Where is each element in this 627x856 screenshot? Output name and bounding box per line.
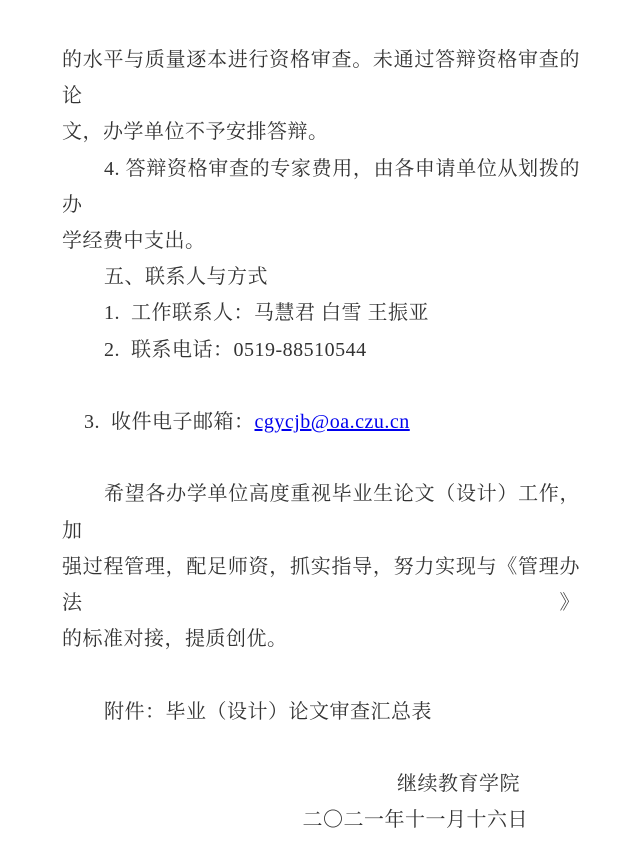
section-heading-contacts: 五、联系人与方式 <box>62 259 580 295</box>
closing-paragraph-line: 的标准对接，提质创优。 <box>62 621 580 657</box>
contact-phone-line: 2. 联系电话：0519-88510544 <box>62 332 580 368</box>
blank-line <box>62 657 580 693</box>
contact-email-line: 3. 收件电子邮箱：cgycjb@oa.czu.cn <box>62 368 580 477</box>
body-line: 文，办学单位不予安排答辩。 <box>62 114 580 150</box>
body-line-item4: 4. 答辩资格审查的专家费用，由各申请单位从划拨的办 <box>62 151 580 223</box>
signature-date: 二〇二一年十一月十六日 <box>62 802 580 838</box>
blank-line <box>62 730 580 766</box>
closing-paragraph-line: 希望各办学单位高度重视毕业生论文（设计）工作，加 <box>62 476 580 548</box>
attachment-line: 附件：毕业（设计）论文审查汇总表 <box>62 694 580 730</box>
email-label: 3. 收件电子邮箱： <box>84 411 255 433</box>
document-page: 的水平与质量逐本进行资格审查。未通过答辩资格审查的论 文，办学单位不予安排答辩。… <box>0 0 627 856</box>
email-link[interactable]: cgycjb@oa.czu.cn <box>255 411 410 433</box>
contact-names-line: 1. 工作联系人：马慧君 白雪 王振亚 <box>62 295 580 331</box>
closing-paragraph-line: 强过程管理，配足师资，抓实指导，努力实现与《管理办法》 <box>62 549 580 621</box>
body-line-continuation: 的水平与质量逐本进行资格审查。未通过答辩资格审查的论 <box>62 42 580 114</box>
body-line: 学经费中支出。 <box>62 223 580 259</box>
signature-org: 继续教育学院 <box>62 766 580 802</box>
